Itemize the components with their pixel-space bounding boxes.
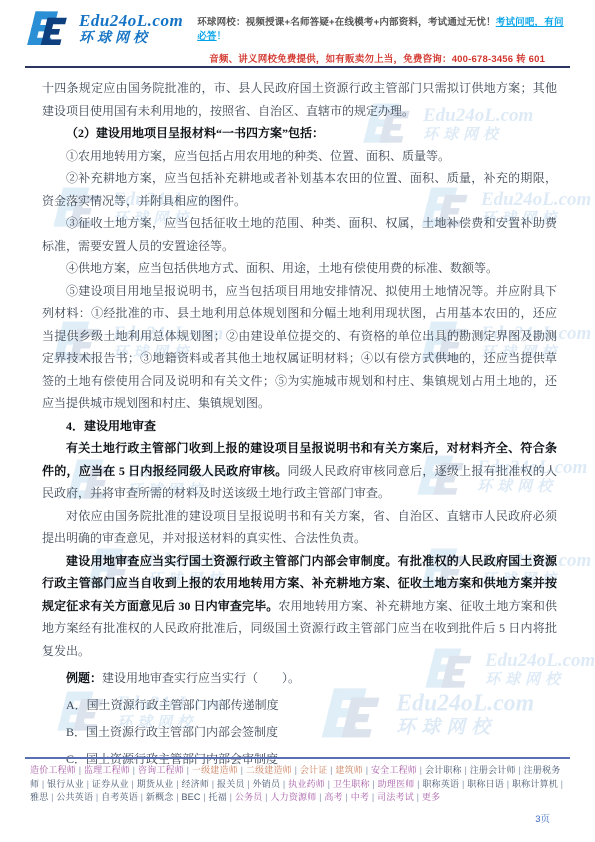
footer-separator: | [325,779,333,789]
footer-link[interactable]: 司法考试 [377,792,414,802]
hotline-line: 音频、讲义网校免费提供，如有贩卖勿上当，免费咨询：400-678-3456 转 … [197,51,570,65]
footer-separator: | [504,779,512,789]
item-4-land-supply: ④供地方案，应当包括供地方式、面积、用途，土地有偿使用费的标准、数额等。 [42,257,557,280]
footer-separator: | [280,779,288,789]
footer-link[interactable]: 雅思 [30,792,48,802]
footer-separator: | [76,765,84,775]
promo-text: 环球网校：视频授课+名师答疑+在线模考+内部资料，考试通过无忧！ [197,17,496,28]
paragraph-state-council-approval: 对依应由国务院批准的建设项目呈报说明书和有关方案，省、自治区、直辖市人民政府必须… [42,505,557,550]
footer-link[interactable]: 职称计算机 [512,779,558,789]
footer-link[interactable]: 一级建造师 [192,765,238,775]
heading-materials: （2）建设用地项目呈报材料“一书四方案”包括： [42,122,557,145]
footer-link[interactable]: 建筑师 [335,765,363,775]
text-run: ④供地方案，应当包括供地方式、面积、用途，土地有偿使用费的标准、数额等。 [66,261,498,275]
footer-separator: | [138,792,146,802]
text-run: 例题： [66,671,102,685]
footer-link[interactable]: 会计证 [300,765,328,775]
footer-link[interactable]: 新概念 [146,792,174,802]
footer-separator: | [462,765,470,775]
footer-links: 造价工程师 | 监理工程师 | 咨询工程师 | 一级建造师 | 二级建造师 | … [30,764,568,805]
footer-separator: | [184,765,192,775]
footer-separator: | [417,765,425,775]
text-run: ②补充耕地方案，应当包括补充耕地或者补划基本农田的位置、面积、质量，补充的期限，… [42,171,557,208]
text-run: 对依应由国务院批准的建设项目呈报说明书和有关方案，省、自治区、直辖市人民政府必须… [42,509,557,546]
footer-link[interactable]: 自考英语 [101,792,138,802]
text-run: A．国土资源行政主管部门内部传递制度 [66,698,279,712]
footer-link[interactable]: 执业药师 [288,779,325,789]
footer-link[interactable]: 注册会计师 [470,765,516,775]
footer-separator: | [459,779,467,789]
example-question: 例题：建设用地审查实行应当实行（ ）。 [42,667,557,690]
footer-separator: | [245,779,253,789]
footer-separator: | [93,792,101,802]
option-b: B．国土资源行政主管部门内部会签制度 [42,721,557,744]
footer-separator: | [292,765,300,775]
logo-mark-icon [26,8,74,50]
footer-separator: | [370,779,378,789]
paragraph-internal-review-system: 建设用地审查应当实行国土资源行政主管部门内部会审制度。有批准权的人民政府国土资源… [42,550,557,663]
footer-separator: | [343,792,351,802]
footer-link[interactable]: 人力资源师 [270,792,316,802]
footer-link[interactable]: 职称英语 [422,779,459,789]
header-divider [25,66,570,68]
footer-separator: | [238,765,246,775]
text-run: 十四条规定应由国务院批准的，市、县人民政府国土资源行政主管部门只需拟订供地方案；… [42,81,557,118]
footer-link[interactable]: 高考 [324,792,342,802]
footer-separator: | [516,765,524,775]
item-1-farmland-conversion: ①农用地转用方案，应当包括占用农用地的种类、位置、面积、质量等。 [42,145,557,168]
footer-link[interactable]: 会计职称 [425,765,462,775]
footer-link[interactable]: 银行从业 [47,779,84,789]
text-run: 4．建设用地审查 [66,419,156,433]
footer-link[interactable]: BEC [181,792,200,802]
footer-separator: | [369,792,377,802]
footer-link[interactable]: 期货从业 [137,779,174,789]
text-run: B．国土资源行政主管部门内部会签制度 [66,725,278,739]
footer-link[interactable]: 公务员 [235,792,263,802]
footer-link[interactable]: 中考 [351,792,369,802]
footer-separator: | [84,779,92,789]
heading-land-review: 4．建设用地审查 [42,415,557,438]
footer-link[interactable]: 咨询工程师 [138,765,184,775]
page-number: 3页 [535,811,550,825]
footer-separator: | [363,765,371,775]
item-3-land-expropriation: ③征收土地方案，应当包括征收土地的范围、种类、面积、权属，土地补偿费和安置补助费… [42,212,557,257]
promo-line: 环球网校：视频授课+名师答疑+在线模考+内部资料，考试通过无忧！考试问吧，有问必… [197,14,570,42]
footer-separator: | [414,792,422,802]
footer-divider [25,757,570,759]
footer-link[interactable]: 助理医师 [378,779,415,789]
brand-name: Edu24oL.com [79,12,183,29]
text-run: ⑤建设项目用地呈报说明书，应当包括项目用地安排情况、拟使用土地情况等。并应附具下… [42,284,557,411]
site-logo[interactable]: Edu24oL.com 环球网校 [26,8,183,50]
footer-link[interactable]: 监理工程师 [84,765,130,775]
item-2-supplementary-farmland: ②补充耕地方案，应当包括补充耕地或者补划基本农田的位置、面积、质量，补充的期限，… [42,167,557,212]
footer-separator: | [209,779,217,789]
brand-name-cn: 环球网校 [79,32,183,46]
footer-separator: | [201,792,209,802]
footer-link[interactable]: 报关员 [217,779,245,789]
footer-separator: | [39,779,47,789]
footer-separator: | [227,792,235,802]
header-promo-block: 环球网校：视频授课+名师答疑+在线模考+内部资料，考试通过无忧！考试问吧，有问必… [197,8,570,65]
footer-link[interactable]: 职称日语 [467,779,504,789]
page-header: Edu24oL.com 环球网校 环球网校：视频授课+名师答疑+在线模考+内部资… [26,8,570,65]
document-page: Edu24oL.com 环球网校 环球网校：视频授课+名师答疑+在线模考+内部资… [0,0,595,842]
footer-link[interactable]: 外销员 [253,779,281,789]
text-run: ①农用地转用方案，应当包括占用农用地的种类、位置、面积、质量等。 [66,149,450,163]
footer-link[interactable]: 证券从业 [92,779,129,789]
document-body: 十四条规定应由国务院批准的，市、县人民政府国土资源行政主管部门只需拟订供地方案；… [42,77,557,771]
footer-link[interactable]: 公共英语 [56,792,93,802]
text-run: （2）建设用地项目呈报材料“一书四方案”包括： [66,126,324,140]
footer-link[interactable]: 造价工程师 [30,765,76,775]
footer-link[interactable]: 更多 [422,792,440,802]
text-run: ③征收土地方案，应当包括征收土地的范围、种类、面积、权属，土地补偿费和安置补助费… [42,216,557,253]
footer-link[interactable]: 二级建造师 [246,765,292,775]
footer-link[interactable]: 安全工程师 [371,765,417,775]
footer-link[interactable]: 经济师 [181,779,209,789]
option-a: A．国土资源行政主管部门内部传递制度 [42,694,557,717]
text-run: 建设用地审查实行应当实行（ ）。 [102,671,300,685]
promo-end: ！ [217,31,227,42]
item-5-project-statement: ⑤建设项目用地呈报说明书，应当包括项目用地安排情况、拟使用土地情况等。并应附具下… [42,280,557,415]
footer-separator: | [129,779,137,789]
footer-separator: | [558,779,563,789]
paragraph-continuation: 十四条规定应由国务院批准的，市、县人民政府国土资源行政主管部门只需拟订供地方案；… [42,77,557,122]
footer-separator: | [130,765,138,775]
footer-link[interactable]: 卫生职称 [333,779,370,789]
paragraph-review-procedure: 有关土地行政主管部门收到上报的建设项目呈报说明书和有关方案后，对材料齐全、符合条… [42,437,557,505]
footer-link[interactable]: 托福 [209,792,227,802]
